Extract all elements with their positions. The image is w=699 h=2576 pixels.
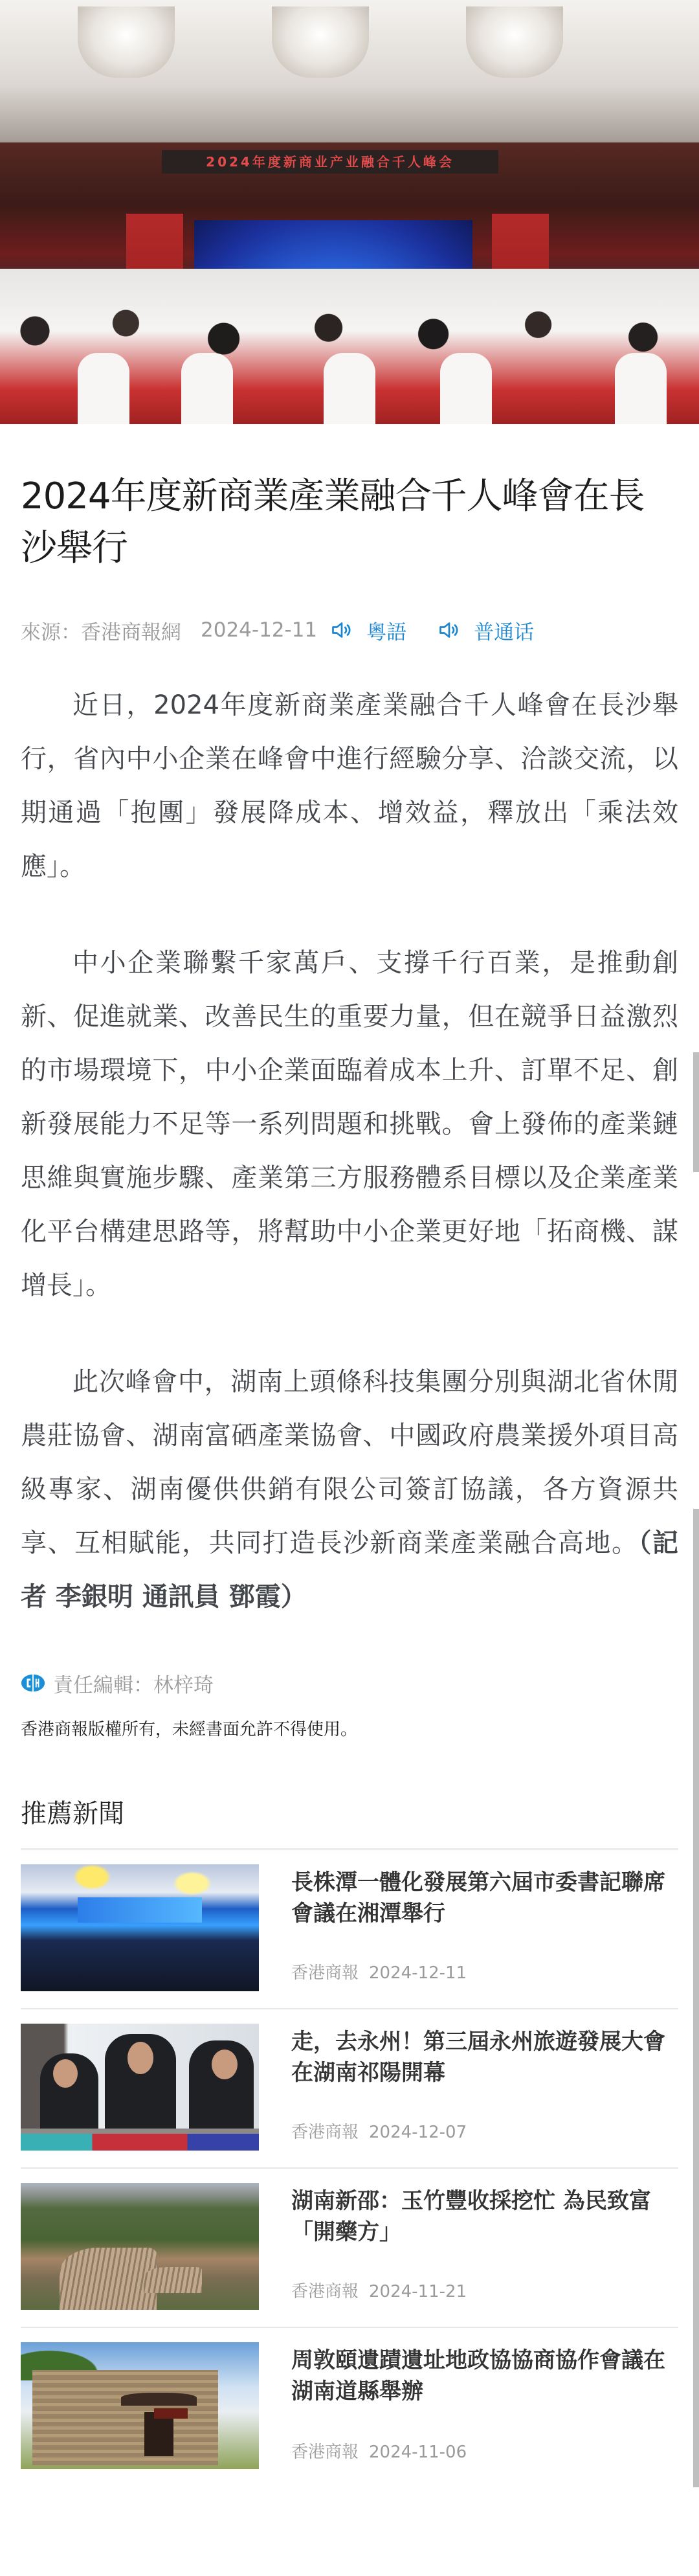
editor-label: 責任編輯：林梓琦: [53, 1669, 214, 1698]
audio-cantonese-button[interactable]: 粵語: [330, 616, 406, 645]
thumb-screen: [78, 1897, 201, 1923]
news-meta: 香港商報2024-12-11: [291, 1960, 678, 1983]
hero-audience: [0, 269, 699, 424]
chandelier: [78, 6, 175, 78]
article-paragraph: 近日，2024年度新商業產業融合千人峰會在長沙舉行，省內中小企業在峰會中進行經驗…: [21, 679, 678, 894]
news-info: 長株潭一體化發展第六屆市委書記聯席會議在湘潭舉行 香港商報2024-12-11: [291, 1864, 678, 1993]
news-meta: 香港商報2024-11-06: [291, 2439, 678, 2463]
news-source: 香港商報: [291, 1963, 359, 1983]
news-date: 2024-11-06: [369, 2443, 467, 2462]
thumb-head: [212, 2050, 238, 2079]
news-date: 2024-11-21: [369, 2282, 467, 2301]
thumb-wall: [32, 2370, 218, 2465]
news-date: 2024-12-11: [369, 1963, 467, 1983]
audio-mandarin-button[interactable]: 普通话: [438, 616, 534, 645]
chair: [324, 353, 375, 424]
thumb-head: [128, 2042, 153, 2074]
news-item[interactable]: 周敦頤遺蹟遺址地政協協商協作會議在湖南道縣舉辦 香港商報2024-11-06: [21, 2328, 678, 2487]
recommended-news-list: 長株潭一體化發展第六屆市委書記聯席會議在湘潭舉行 香港商報2024-12-11 …: [21, 1850, 678, 2487]
audio-mandarin-label: 普通话: [474, 616, 534, 645]
thumb-door: [144, 2412, 173, 2457]
news-headline[interactable]: 周敦頤遺蹟遺址地政協協商協作會議在湖南道縣舉辦: [291, 2345, 678, 2407]
news-item[interactable]: 走，去永州！第三屆永州旅遊發展大會在湖南祁陽開幕 香港商報2024-12-07: [21, 2009, 678, 2169]
chair: [440, 353, 492, 424]
news-thumbnail: [21, 2342, 259, 2469]
thumb-head: [53, 2059, 78, 2088]
news-info: 周敦頤遺蹟遺址地政協協商協作會議在湖南道縣舉辦 香港商報2024-11-06: [291, 2342, 678, 2472]
article-source: 來源：香港商報網: [21, 616, 181, 645]
news-item[interactable]: 湖南新邵：玉竹豐收採挖忙 為民致富「開藥方」 香港商報2024-11-21: [21, 2169, 678, 2328]
scrollbar-thumb[interactable]: [693, 1052, 699, 1172]
article-paragraph: 中小企業聯繫千家萬戶、支撐千行百業，是推動創新、促進就業、改善民生的重要力量，但…: [21, 936, 678, 1313]
news-item[interactable]: 長株潭一體化發展第六屆市委書記聯席會議在湘潭舉行 香港商報2024-12-11: [21, 1850, 678, 2009]
news-thumbnail: [21, 2183, 259, 2310]
article-paragraph-text: 此次峰會中，湖南上頭條科技集團分別與湖北省休閒農莊協會、湖南富硒產業協會、中國政…: [21, 1367, 678, 1558]
news-source: 香港商報: [291, 2282, 359, 2301]
hero-banner: 2024年度新商业产业融合千人峰会: [162, 150, 498, 174]
speaker-icon: [330, 618, 353, 642]
news-thumbnail: [21, 1864, 259, 1991]
thumb-roof: [121, 2393, 197, 2406]
audio-cantonese-label: 粵語: [366, 616, 406, 645]
thumb-field: [144, 2267, 202, 2293]
editor-row: 責任編輯：林梓琦: [21, 1667, 678, 1699]
thumb-sign: [154, 2408, 188, 2419]
news-info: 湖南新邵：玉竹豐收採挖忙 為民致富「開藥方」 香港商報2024-11-21: [291, 2183, 678, 2311]
hkcd-logo-icon: [21, 1669, 45, 1697]
thumb-base: [21, 2134, 259, 2151]
news-meta: 香港商報2024-12-07: [291, 2119, 678, 2143]
article-date: 2024-12-11: [201, 618, 317, 642]
news-headline[interactable]: 走，去永州！第三屆永州旅遊發展大會在湖南祁陽開幕: [291, 2026, 678, 2088]
article-meta: 來源：香港商報網 2024-12-11 粵語 普通话: [21, 615, 678, 645]
article: 2024年度新商業產業融合千人峰會在長沙舉行 來源：香港商報網 2024-12-…: [0, 471, 699, 2487]
news-meta: 香港商報2024-11-21: [291, 2278, 678, 2302]
thumb-rail: [21, 2129, 259, 2134]
news-headline[interactable]: 長株潭一體化發展第六屆市委書記聯席會議在湘潭舉行: [291, 1867, 678, 1929]
chair: [78, 353, 129, 424]
copyright-notice: 香港商報版權所有，未經書面允許不得使用。: [21, 1716, 678, 1740]
hero-image: 2024年度新商业产业融合千人峰会 2024年新商业产业融合千人峰会 破圈交流·…: [0, 0, 699, 424]
chandelier: [272, 6, 369, 78]
recommended-heading: 推薦新聞: [21, 1793, 678, 1830]
speaker-icon: [438, 618, 461, 642]
chandelier: [466, 6, 563, 78]
article-body: 近日，2024年度新商業產業融合千人峰會在長沙舉行，省內中小企業在峰會中進行經驗…: [21, 679, 678, 1624]
news-headline[interactable]: 湖南新邵：玉竹豐收採挖忙 為民致富「開藥方」: [291, 2186, 678, 2248]
news-source: 香港商報: [291, 2443, 359, 2462]
chair: [615, 353, 667, 424]
article-paragraph: 此次峰會中，湖南上頭條科技集團分別與湖北省休閒農莊協會、湖南富硒產業協會、中國政…: [21, 1355, 678, 1624]
news-date: 2024-12-07: [369, 2123, 467, 2142]
news-info: 走，去永州！第三屆永州旅遊發展大會在湖南祁陽開幕 香港商報2024-12-07: [291, 2024, 678, 2152]
thumb-field: [60, 2248, 157, 2310]
news-source: 香港商報: [291, 2123, 359, 2142]
chair: [181, 353, 233, 424]
scrollbar-thumb[interactable]: [693, 1509, 699, 2487]
news-thumbnail: [21, 2024, 259, 2151]
article-title: 2024年度新商業產業融合千人峰會在長沙舉行: [21, 471, 678, 574]
